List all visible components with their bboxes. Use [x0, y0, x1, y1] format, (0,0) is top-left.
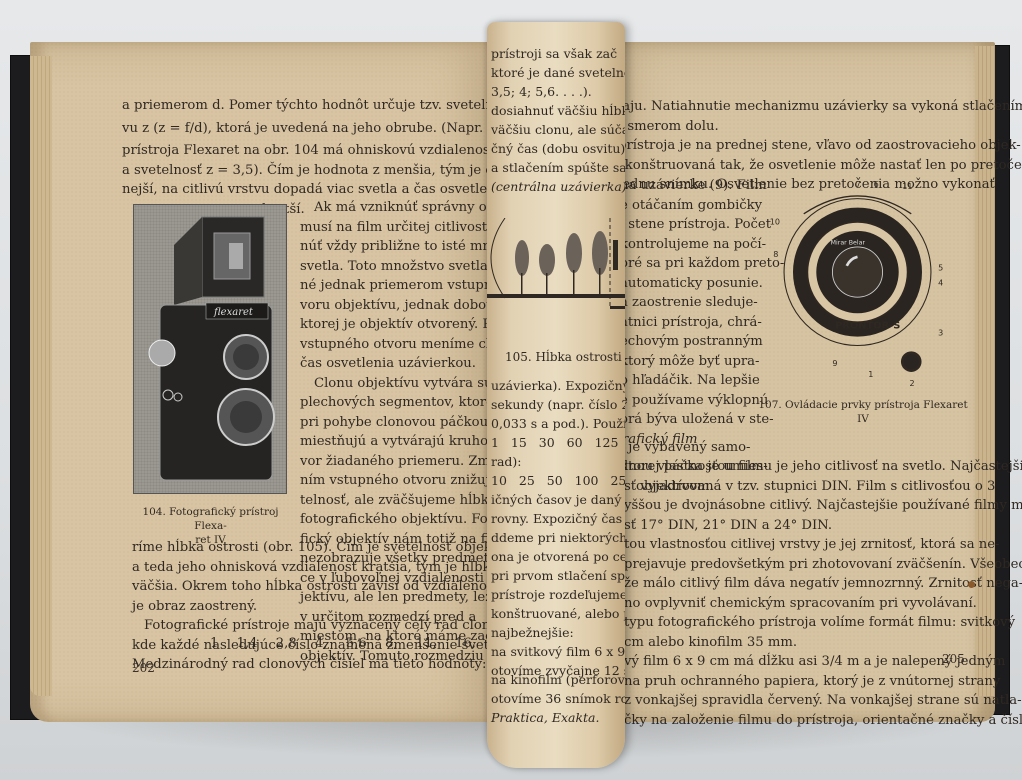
callout-1: 1: [868, 370, 873, 379]
svg-text:Mirar Belar: Mirar Belar: [831, 239, 866, 246]
callout-10: 10: [770, 218, 780, 227]
shutter-diagram-icon: Mirar Belar PRONTOR-S 1 2 3 4 5 6 7 8 9 …: [760, 178, 955, 393]
figure-105-caption: 105. Hĺbka ostrosti: [505, 348, 622, 367]
callout-11: 11: [902, 182, 912, 191]
callout-5: 5: [938, 263, 943, 272]
page-number-left: 202: [132, 661, 155, 675]
right-bottom-lines: lnou vlastnosťou filmu je jeho citlivosť…: [624, 457, 1022, 730]
rolled-bottom-text: na kinofilm (perforovaná fi otovíme 36 s…: [491, 670, 625, 727]
svg-text:PRONTOR-S: PRONTOR-S: [835, 321, 900, 332]
camera-icon: flexaret: [134, 205, 288, 495]
rolled-page[interactable]: prístroji sa však zač ktoré je dané svet…: [487, 22, 625, 768]
callout-6: 6: [874, 180, 879, 189]
page-edges-left: [30, 56, 52, 696]
callout-9: 9: [832, 359, 837, 368]
rolled-middle-text: uzávierka). Expozičný čas je u sekundy (…: [491, 376, 625, 680]
callout-3: 3: [938, 329, 943, 338]
callout-4: 4: [938, 279, 943, 288]
callout-7: 7: [856, 180, 861, 189]
page-number-right: 205: [942, 652, 965, 666]
svg-text:flexaret: flexaret: [213, 307, 254, 318]
rolled-top-text: prístroji sa však zač ktoré je dané svet…: [491, 44, 625, 196]
callout-8: 8: [773, 250, 778, 259]
figure-107-caption: 107. Ovládacie prvky prístroja Flexaret …: [758, 398, 968, 426]
page-stain: [968, 581, 975, 588]
aperture-series: 1 1,4 2,8 4, 5,6 8, 11, 16, 22: [210, 634, 511, 654]
flexaret-camera-photo: flexaret: [133, 204, 287, 494]
depth-of-field-diagram-icon: [487, 218, 625, 318]
section-heading-film: rafický film: [622, 430, 698, 450]
callout-2: 2: [909, 379, 914, 388]
